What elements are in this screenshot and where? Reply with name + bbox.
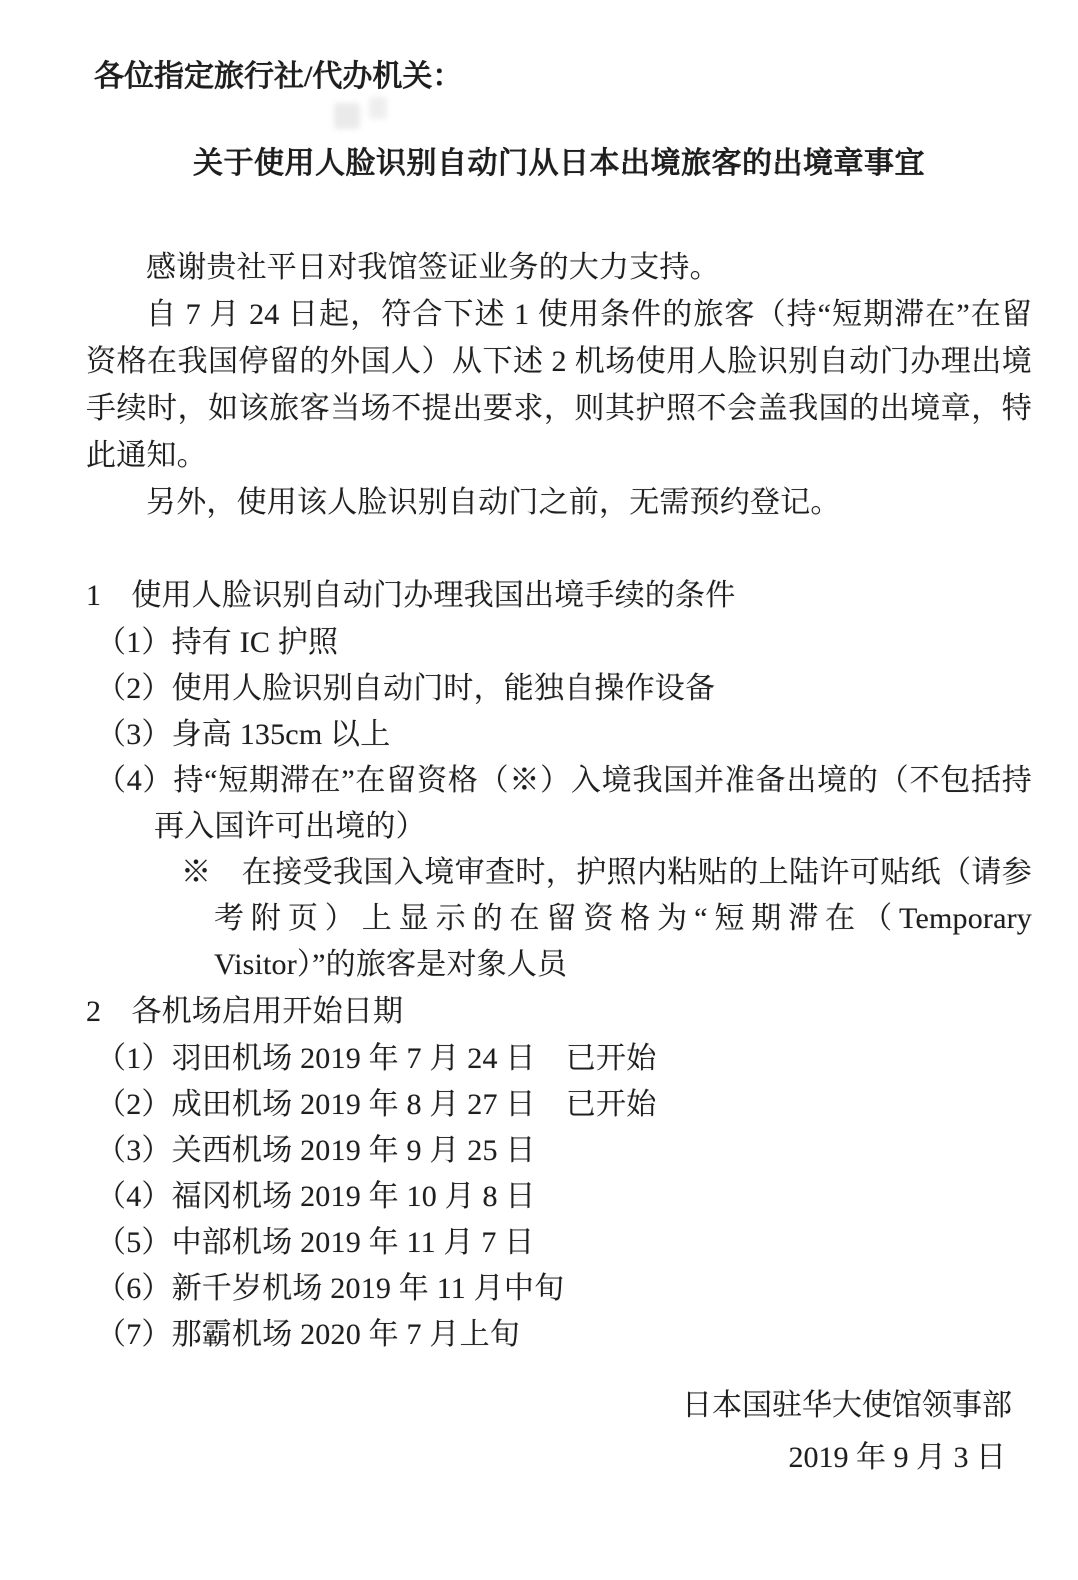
section1-note: ※ 在接受我国入境审查时，护照内粘贴的上陆许可贴纸（请参考附页）上显示的在留资格…: [181, 850, 1032, 988]
section2-item-3: （3）关西机场 2019 年 9 月 25 日: [96, 1128, 1032, 1174]
section2-heading: 2 各机场启用开始日期: [86, 988, 1032, 1036]
paragraph-no-reservation: 另外，使用该人脸识别自动门之前，无需预约登记。: [86, 479, 1032, 526]
section2-item-6: （6）新千岁机场 2019 年 11 月中旬: [96, 1266, 1032, 1312]
section1-heading: 1 使用人脸识别自动门办理我国出境手续的条件: [86, 572, 1032, 620]
section1-item-1: （1）持有 IC 护照: [96, 620, 1032, 666]
section2-item-7: （7）那霸机场 2020 年 7 月上旬: [96, 1312, 1032, 1358]
section1-item-3: （3）身高 135cm 以上: [96, 712, 1032, 758]
section1-item-2: （2）使用人脸识别自动门时，能独自操作设备: [96, 666, 1032, 712]
paragraph-main-notice: 自 7 月 24 日起，符合下述 1 使用条件的旅客（持“短期滞在”在留资格在我…: [86, 291, 1032, 479]
section2-item-1: （1）羽田机场 2019 年 7 月 24 日 已开始: [96, 1036, 1032, 1082]
signature: 日本国驻华大使馆领事部: [86, 1386, 1032, 1426]
section2-item-4: （4）福冈机场 2019 年 10 月 8 日: [96, 1174, 1032, 1220]
section2-item-2: （2）成田机场 2019 年 8 月 27 日 已开始: [96, 1082, 1032, 1128]
paragraph-thanks: 感谢贵社平日对我馆签证业务的大力支持。: [86, 244, 1032, 291]
section2-item-5: （5）中部机场 2019 年 11 月 7 日: [96, 1220, 1032, 1266]
signature-date: 2019 年 9 月 3 日: [86, 1438, 1032, 1478]
scan-artifact: [369, 97, 387, 119]
document-page: 各位指定旅行社/代办机关： 关于使用人脸识别自动门从日本出境旅客的出境章事宜 感…: [0, 0, 1078, 1580]
document-title: 关于使用人脸识别自动门从日本出境旅客的出境章事宜: [86, 144, 1032, 184]
scan-artifact: [334, 103, 360, 129]
salutation: 各位指定旅行社/代办机关：: [94, 58, 1032, 96]
section1-item-4: （4）持“短期滞在”在留资格（※）入境我国并准备出境的（不包括持再入国许可出境的…: [96, 758, 1032, 850]
